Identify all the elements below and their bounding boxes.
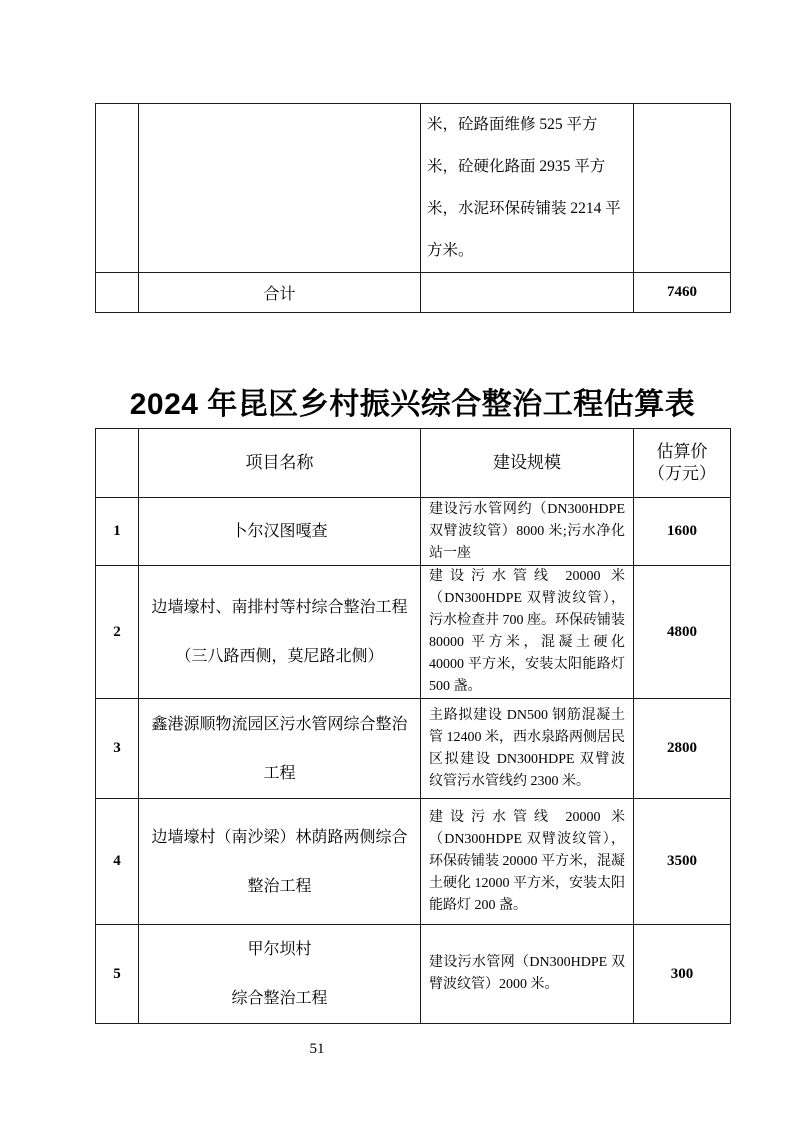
row-index: 1 xyxy=(96,498,139,566)
header-index xyxy=(96,429,139,498)
project-name-line: 鑫港源顺物流园区污水管网综合整治 xyxy=(145,700,414,749)
project-name-cell: 甲尔坝村 综合整治工程 xyxy=(139,925,421,1024)
project-name-cell: 鑫港源顺物流园区污水管网综合整治 工程 xyxy=(139,699,421,799)
project-name-line: 工程 xyxy=(145,749,414,798)
row-index: 3 xyxy=(96,699,139,799)
row-index: 2 xyxy=(96,566,139,699)
project-name-line: 边墙壕村（南沙梁）林荫路两侧综合 xyxy=(145,813,414,862)
table-row: 4 边墙壕村（南沙梁）林荫路两侧综合 整治工程 建设污水管线 20000 米（D… xyxy=(96,799,731,925)
project-name-line: 卜尔汉图嘎查 xyxy=(145,507,414,556)
table-row: 5 甲尔坝村 综合整治工程 建设污水管网（DN300HDPE 双臂波纹管）200… xyxy=(96,925,731,1024)
project-name-line: 综合整治工程 xyxy=(145,974,414,1023)
project-name-line: （三八路西侧，莫尼路北侧） xyxy=(145,632,414,681)
table-row: 1 卜尔汉图嘎查 建设污水管网约（DN300HDPE 双臂波纹管）8000 米;… xyxy=(96,498,731,566)
construction-scale-cell: 主路拟建设 DN500 钢筋混凝土管 12400 米，西水泉路两侧居民区拟建设 … xyxy=(421,699,634,799)
project-name-cell: 卜尔汉图嘎查 xyxy=(139,498,421,566)
project-name-cell: 边墙壕村（南沙梁）林荫路两侧综合 整治工程 xyxy=(139,799,421,925)
estimated-price-cell: 2800 xyxy=(634,699,731,799)
construction-scale-cell: 建设污水管网约（DN300HDPE 双臂波纹管）8000 米;污水净化站一座 xyxy=(421,498,634,566)
total-label: 合计 xyxy=(139,273,421,313)
continued-works-table: 米，砼路面维修 525 平方米，砼硬化路面 2935 平方米，水泥环保砖铺装 2… xyxy=(95,103,731,313)
project-name-cell-empty xyxy=(139,104,421,273)
document-page: 米，砼路面维修 525 平方米，砼硬化路面 2935 平方米，水泥环保砖铺装 2… xyxy=(0,0,793,1122)
table-row: 3 鑫港源顺物流园区污水管网综合整治 工程 主路拟建设 DN500 钢筋混凝土管… xyxy=(96,699,731,799)
header-construction-scale: 建设规模 xyxy=(421,429,634,498)
row-index: 4 xyxy=(96,799,139,925)
index-cell-empty xyxy=(96,104,139,273)
estimate-table: 项目名称 建设规模 估算价 （万元） 1 卜尔汉图嘎查 建设污水管网约（DN30… xyxy=(95,428,731,1024)
row-index: 5 xyxy=(96,925,139,1024)
estimated-price-cell: 3500 xyxy=(634,799,731,925)
total-scale-cell-empty xyxy=(421,273,634,313)
table-row: 米，砼路面维修 525 平方米，砼硬化路面 2935 平方米，水泥环保砖铺装 2… xyxy=(96,104,731,273)
total-value: 7460 xyxy=(634,273,731,313)
estimated-price-cell: 300 xyxy=(634,925,731,1024)
project-name-line: 整治工程 xyxy=(145,862,414,911)
index-cell-empty xyxy=(96,273,139,313)
header-row: 项目名称 建设规模 估算价 （万元） xyxy=(96,429,731,498)
construction-scale-cell: 米，砼路面维修 525 平方米，砼硬化路面 2935 平方米，水泥环保砖铺装 2… xyxy=(421,104,634,273)
header-price-line1: 估算价 xyxy=(634,441,730,463)
total-row: 合计 7460 xyxy=(96,273,731,313)
table-row: 2 边墙壕村、南排村等村综合整治工程 （三八路西侧，莫尼路北侧） 建设污水管线 … xyxy=(96,566,731,699)
project-name-cell: 边墙壕村、南排村等村综合整治工程 （三八路西侧，莫尼路北侧） xyxy=(139,566,421,699)
page-title: 2024 年昆区乡村振兴综合整治工程估算表 xyxy=(95,379,730,423)
construction-scale-cell: 建设污水管线 20000 米（DN300HDPE 双臂波纹管），环保砖铺装 20… xyxy=(421,799,634,925)
estimated-price-cell: 1600 xyxy=(634,498,731,566)
page-number: 51 xyxy=(297,1041,337,1058)
construction-scale-cell: 建设污水管线 20000 米（DN300HDPE 双臂波纹管），污水检查井 70… xyxy=(421,566,634,699)
construction-scale-cell: 建设污水管网（DN300HDPE 双臂波纹管）2000 米。 xyxy=(421,925,634,1024)
project-name-line: 甲尔坝村 xyxy=(145,925,414,974)
header-project-name: 项目名称 xyxy=(139,429,421,498)
project-name-line: 边墙壕村、南排村等村综合整治工程 xyxy=(145,583,414,632)
price-cell-empty xyxy=(634,104,731,273)
header-estimated-price: 估算价 （万元） xyxy=(634,429,731,498)
estimated-price-cell: 4800 xyxy=(634,566,731,699)
header-price-line2: （万元） xyxy=(634,463,730,485)
